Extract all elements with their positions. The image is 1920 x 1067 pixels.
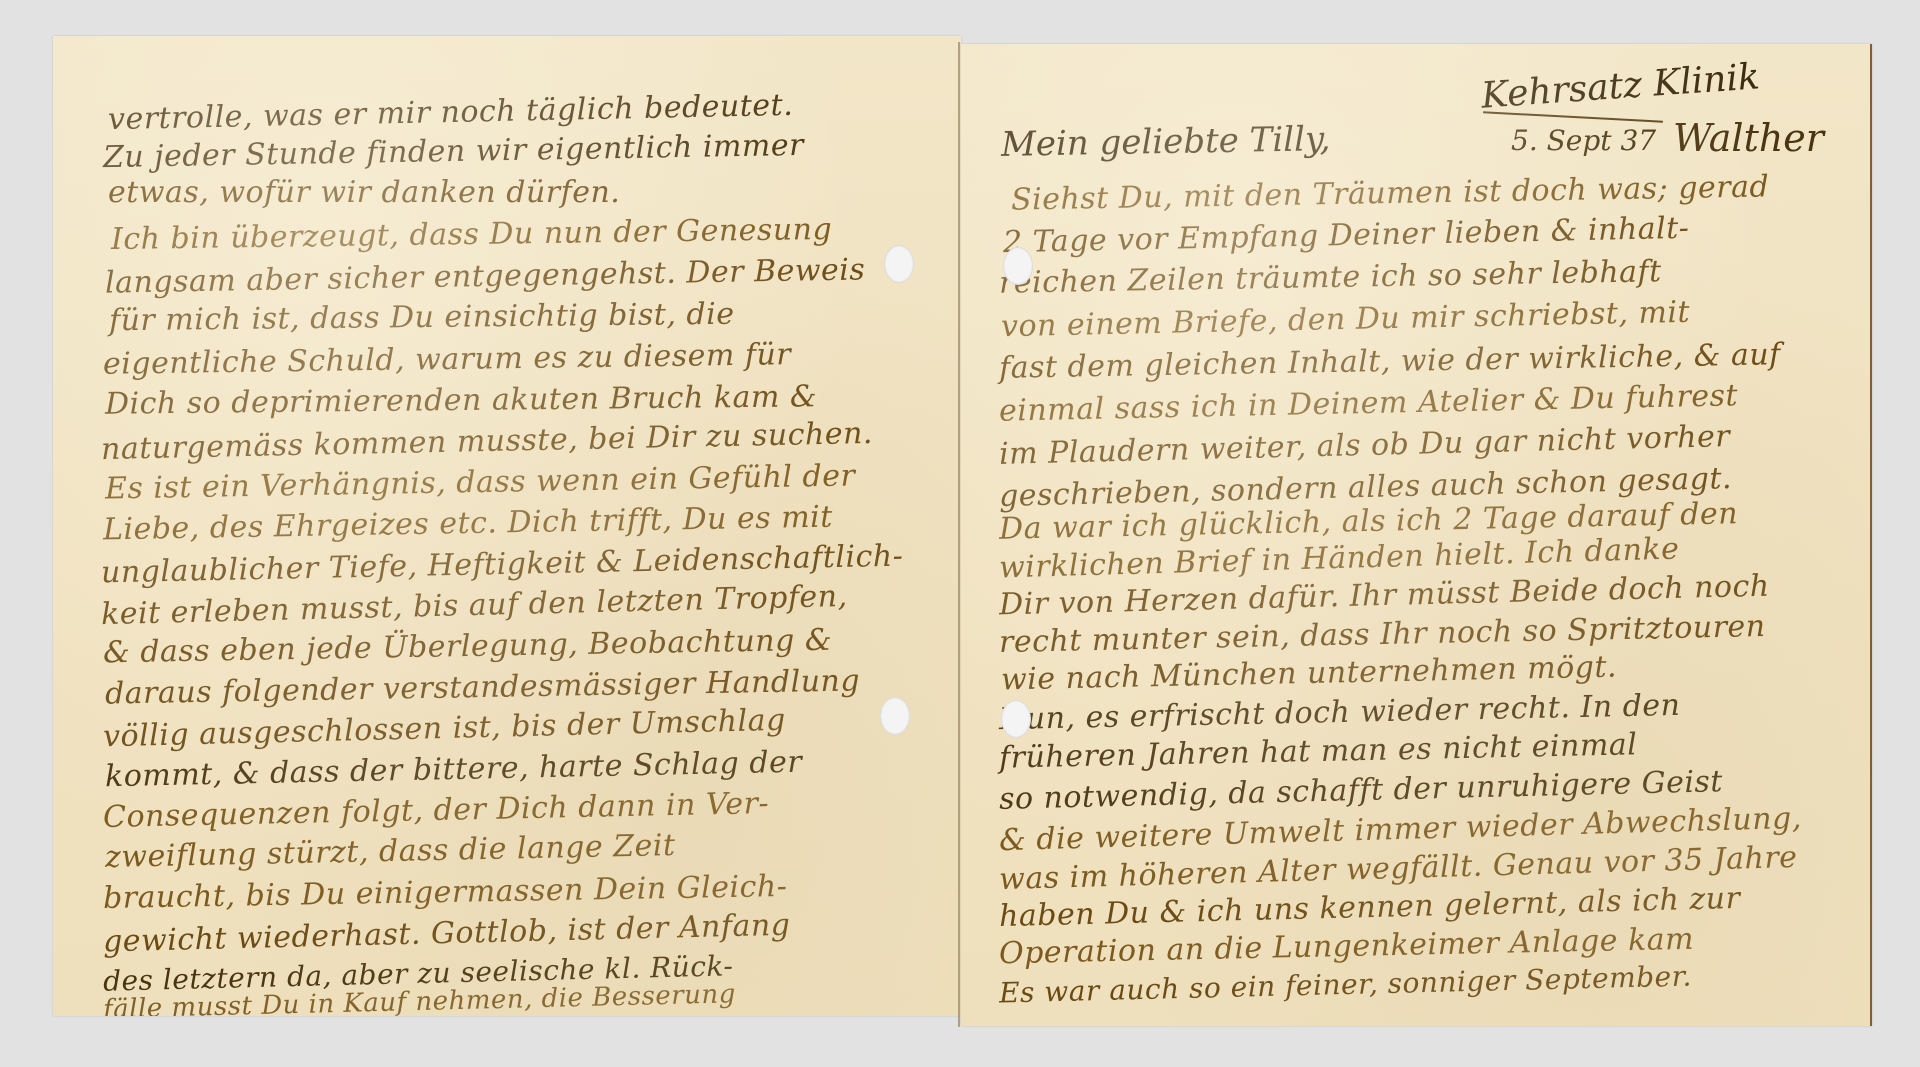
handwritten-line: reichen Zeilen träumte ich so sehr lebha…: [999, 257, 1662, 299]
handwritten-line: im Plaudern weiter, als ob Du gar nicht …: [999, 422, 1731, 470]
handwritten-line: braucht, bis Du einigermassen Dein Gleic…: [103, 872, 788, 914]
handwritten-line: & dass eben jede Überlegung, Beobachtung…: [103, 626, 832, 669]
punch-hole: [1001, 700, 1031, 738]
handwritten-line: für mich ist, dass Du einsichtig bist, d…: [109, 300, 735, 337]
handwritten-line: Zu jeder Stunde finden wir eigentlich im…: [103, 131, 804, 173]
handwritten-line: keit erleben musst, bis auf den letzten …: [101, 582, 848, 630]
handwritten-line: langsam aber sicher entgegengehst. Der B…: [105, 255, 866, 298]
handwritten-line: wie nach München unternehmen mögt.: [1001, 653, 1618, 696]
punch-hole: [880, 697, 910, 735]
handwritten-line: 2 Tage vor Empfang Deiner lieben & inhal…: [1003, 214, 1690, 258]
handwritten-line: einmal sass ich in Deinem Atelier & Du f…: [999, 381, 1739, 426]
handwritten-line: vertrolle, was er mir noch täglich bedeu…: [108, 91, 794, 135]
handwritten-line: eigentliche Schuld, warum es zu diesem f…: [103, 340, 792, 380]
handwritten-line: völlig ausgeschlossen ist, bis der Umsch…: [103, 706, 786, 753]
handwritten-line: Es war auch so ein feiner, sonniger Sept…: [999, 963, 1692, 1008]
handwritten-line: Siehst Du, mit den Träumen ist doch was;…: [1011, 172, 1770, 215]
letter-page-left: vertrolle, was er mir noch täglich bedeu…: [53, 36, 961, 1016]
left-page-text: vertrolle, was er mir noch täglich bedeu…: [53, 36, 961, 1016]
handwritten-line: etwas, wofür wir danken dürfen.: [108, 178, 620, 208]
handwritten-line: Es ist ein Verhängnis, dass wenn ein Gef…: [105, 461, 856, 504]
handwritten-line: fast dem gleichen Inhalt, wie der wirkli…: [999, 340, 1781, 384]
handwritten-line: Ich bin überzeugt, dass Du nun der Genes…: [111, 215, 833, 255]
punch-hole: [884, 245, 914, 283]
handwritten-line: von einem Briefe, den Du mir schriebst, …: [1001, 298, 1691, 342]
right-page-text: Siehst Du, mit den Träumen ist doch was;…: [961, 44, 1870, 1026]
handwritten-line: kommt, & dass der bittere, harte Schlag …: [105, 748, 803, 793]
handwritten-line: Consequenzen folgt, der Dich dann in Ver…: [103, 789, 770, 833]
letter-page-right: Kehrsatz Klinik 5. Sept 37 Walther Mein …: [961, 44, 1872, 1026]
punch-hole: [1003, 247, 1033, 285]
page-fold-line: [958, 42, 960, 1027]
handwritten-line: Dich so deprimierenden akuten Bruch kam …: [105, 382, 817, 419]
handwritten-line: Liebe, des Ehrgeizes etc. Dich trifft, D…: [103, 503, 833, 546]
letter-scan: vertrolle, was er mir noch täglich bedeu…: [0, 0, 1920, 1067]
handwritten-line: naturgemäss kommen musste, bei Dir zu su…: [101, 419, 873, 465]
handwritten-line: zweiflung stürzt, dass die lange Zeit: [105, 831, 676, 873]
handwritten-line: früheren Jahren hat man es nicht einmal: [999, 730, 1638, 773]
